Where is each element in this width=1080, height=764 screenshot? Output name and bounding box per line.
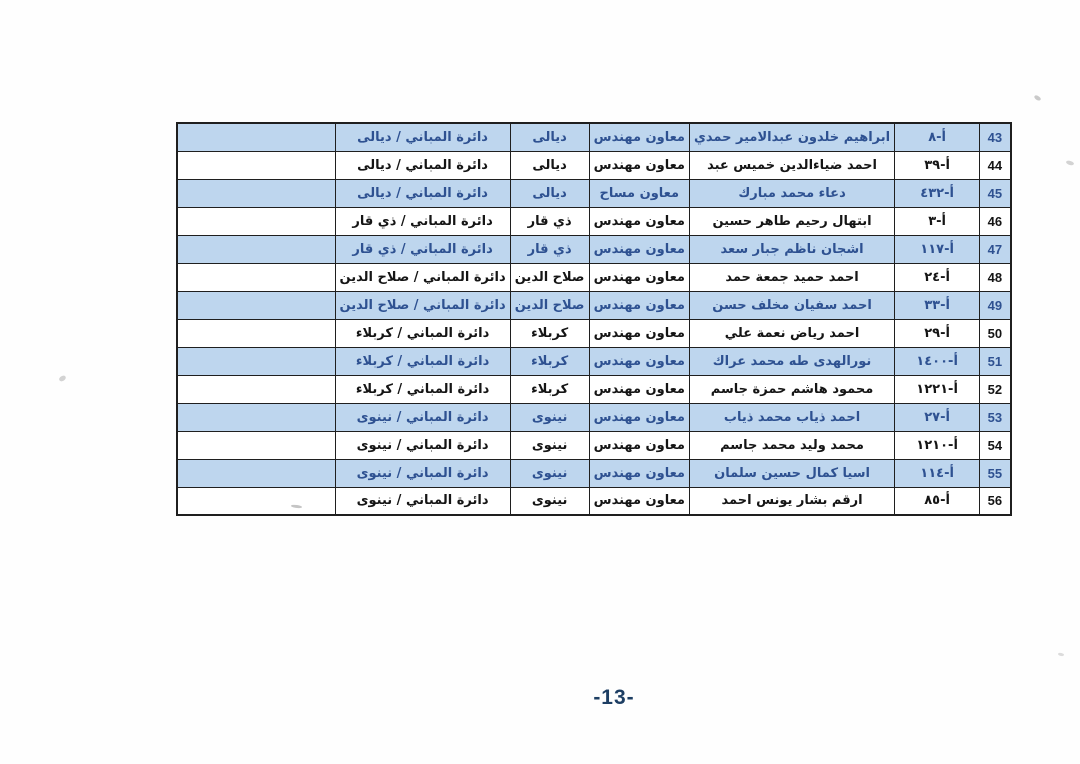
job-title-cell: معاون مهندس xyxy=(589,123,689,151)
employee-name-cell: ابتهال رحيم طاهر حسين xyxy=(689,207,894,235)
employee-code-cell: أ-٢٩ xyxy=(895,319,980,347)
blank-cell xyxy=(177,459,335,487)
blank-cell xyxy=(177,487,335,515)
employee-name-cell: ابراهيم خلدون عبدالامير حمدي xyxy=(689,123,894,151)
job-title-cell: معاون مهندس xyxy=(589,459,689,487)
department-cell: دائرة المباني / كربلاء xyxy=(335,319,510,347)
department-cell: دائرة المباني / نينوى xyxy=(335,487,510,515)
job-title-cell: معاون مهندس xyxy=(589,151,689,179)
employee-name-cell: اسيا كمال حسين سلمان xyxy=(689,459,894,487)
employee-name-cell: احمد ذياب محمد ذياب xyxy=(689,403,894,431)
blank-cell xyxy=(177,347,335,375)
row-number-cell: 55 xyxy=(980,459,1011,487)
governorate-cell: نينوى xyxy=(510,487,589,515)
table-row: 45أ-٤٣٢دعاء محمد مباركمعاون مساحديالىدائ… xyxy=(177,179,1011,207)
table-row: 54أ-١٢١٠محمد وليد محمد جاسممعاون مهندسني… xyxy=(177,431,1011,459)
governorate-cell: نينوى xyxy=(510,403,589,431)
scan-speck xyxy=(1066,160,1075,166)
row-number-cell: 44 xyxy=(980,151,1011,179)
department-cell: دائرة المباني / نينوى xyxy=(335,459,510,487)
row-number-cell: 49 xyxy=(980,291,1011,319)
employee-code-cell: أ-٢٤ xyxy=(895,263,980,291)
table-row: 47أ-١١٧اشجان ناظم جبار سعدمعاون مهندسذي … xyxy=(177,235,1011,263)
department-cell: دائرة المباني / ديالى xyxy=(335,123,510,151)
row-number-cell: 51 xyxy=(980,347,1011,375)
department-cell: دائرة المباني / كربلاء xyxy=(335,347,510,375)
department-cell: دائرة المباني / نينوى xyxy=(335,431,510,459)
employee-name-cell: اشجان ناظم جبار سعد xyxy=(689,235,894,263)
employee-name-cell: محمد وليد محمد جاسم xyxy=(689,431,894,459)
department-cell: دائرة المباني / ذي قار xyxy=(335,235,510,263)
governorate-cell: ديالى xyxy=(510,123,589,151)
blank-cell xyxy=(177,179,335,207)
job-title-cell: معاون مساح xyxy=(589,179,689,207)
department-cell: دائرة المباني / ديالى xyxy=(335,151,510,179)
governorate-cell: كربلاء xyxy=(510,347,589,375)
governorate-cell: ديالى xyxy=(510,151,589,179)
table-row: 48أ-٢٤احمد حميد جمعة حمدمعاون مهندسصلاح … xyxy=(177,263,1011,291)
blank-cell xyxy=(177,319,335,347)
department-cell: دائرة المباني / كربلاء xyxy=(335,375,510,403)
row-number-cell: 54 xyxy=(980,431,1011,459)
governorate-cell: نينوى xyxy=(510,431,589,459)
employee-code-cell: أ-٣٣ xyxy=(895,291,980,319)
job-title-cell: معاون مهندس xyxy=(589,291,689,319)
department-cell: دائرة المباني / نينوى xyxy=(335,403,510,431)
blank-cell xyxy=(177,235,335,263)
department-cell: دائرة المباني / صلاح الدين xyxy=(335,291,510,319)
job-title-cell: معاون مهندس xyxy=(589,375,689,403)
row-number-cell: 45 xyxy=(980,179,1011,207)
row-number-cell: 56 xyxy=(980,487,1011,515)
employee-code-cell: أ-١١٤ xyxy=(895,459,980,487)
table-row: 56أ-٨٥ارقم بشار يونس احمدمعاون مهندسنينو… xyxy=(177,487,1011,515)
scan-speck xyxy=(58,375,66,382)
employee-code-cell: أ-٨٥ xyxy=(895,487,980,515)
job-title-cell: معاون مهندس xyxy=(589,263,689,291)
table-row: 46أ-٣ابتهال رحيم طاهر حسينمعاون مهندسذي … xyxy=(177,207,1011,235)
department-cell: دائرة المباني / ديالى xyxy=(335,179,510,207)
table-row: 52أ-١٢٢١محمود هاشم حمزة جاسممعاون مهندسك… xyxy=(177,375,1011,403)
department-cell: دائرة المباني / صلاح الدين xyxy=(335,263,510,291)
table-row: 53أ-٢٧احمد ذياب محمد ذيابمعاون مهندسنينو… xyxy=(177,403,1011,431)
employee-name-cell: احمد ضياءالدين خميس عبد xyxy=(689,151,894,179)
job-title-cell: معاون مهندس xyxy=(589,403,689,431)
governorate-cell: ديالى xyxy=(510,179,589,207)
table-row: 51أ-١٤٠٠نورالهدى طه محمد عراكمعاون مهندس… xyxy=(177,347,1011,375)
blank-cell xyxy=(177,263,335,291)
governorate-cell: كربلاء xyxy=(510,319,589,347)
governorate-cell: صلاح الدين xyxy=(510,263,589,291)
job-title-cell: معاون مهندس xyxy=(589,235,689,263)
employee-roster-table: 43أ-٨ابراهيم خلدون عبدالامير حمديمعاون م… xyxy=(176,122,1012,516)
blank-cell xyxy=(177,151,335,179)
employee-code-cell: أ-٨ xyxy=(895,123,980,151)
table-row: 55أ-١١٤اسيا كمال حسين سلمانمعاون مهندسني… xyxy=(177,459,1011,487)
employee-name-cell: احمد سفيان مخلف حسن xyxy=(689,291,894,319)
job-title-cell: معاون مهندس xyxy=(589,207,689,235)
employee-code-cell: أ-١٤٠٠ xyxy=(895,347,980,375)
row-number-cell: 52 xyxy=(980,375,1011,403)
table-row: 44أ-٣٩احمد ضياءالدين خميس عبدمعاون مهندس… xyxy=(177,151,1011,179)
employee-code-cell: أ-٤٣٢ xyxy=(895,179,980,207)
row-number-cell: 50 xyxy=(980,319,1011,347)
blank-cell xyxy=(177,403,335,431)
job-title-cell: معاون مهندس xyxy=(589,319,689,347)
scan-speck xyxy=(1058,652,1065,656)
row-number-cell: 46 xyxy=(980,207,1011,235)
governorate-cell: كربلاء xyxy=(510,375,589,403)
governorate-cell: نينوى xyxy=(510,459,589,487)
blank-cell xyxy=(177,375,335,403)
employee-name-cell: ارقم بشار يونس احمد xyxy=(689,487,894,515)
job-title-cell: معاون مهندس xyxy=(589,487,689,515)
table-row: 50أ-٢٩احمد رياض نعمة عليمعاون مهندسكربلا… xyxy=(177,319,1011,347)
governorate-cell: ذي قار xyxy=(510,235,589,263)
table-row: 49أ-٣٣احمد سفيان مخلف حسنمعاون مهندسصلاح… xyxy=(177,291,1011,319)
row-number-cell: 43 xyxy=(980,123,1011,151)
document-page: 43أ-٨ابراهيم خلدون عبدالامير حمديمعاون م… xyxy=(0,0,1080,764)
blank-cell xyxy=(177,431,335,459)
page-number: -13- xyxy=(576,686,652,710)
governorate-cell: ذي قار xyxy=(510,207,589,235)
department-cell: دائرة المباني / ذي قار xyxy=(335,207,510,235)
employee-name-cell: محمود هاشم حمزة جاسم xyxy=(689,375,894,403)
blank-cell xyxy=(177,291,335,319)
blank-cell xyxy=(177,207,335,235)
scan-speck xyxy=(1033,94,1041,101)
row-number-cell: 48 xyxy=(980,263,1011,291)
row-number-cell: 47 xyxy=(980,235,1011,263)
employee-code-cell: أ-١١٧ xyxy=(895,235,980,263)
employee-name-cell: احمد حميد جمعة حمد xyxy=(689,263,894,291)
employee-code-cell: أ-٢٧ xyxy=(895,403,980,431)
employee-name-cell: دعاء محمد مبارك xyxy=(689,179,894,207)
row-number-cell: 53 xyxy=(980,403,1011,431)
job-title-cell: معاون مهندس xyxy=(589,431,689,459)
job-title-cell: معاون مهندس xyxy=(589,347,689,375)
table-row: 43أ-٨ابراهيم خلدون عبدالامير حمديمعاون م… xyxy=(177,123,1011,151)
blank-cell xyxy=(177,123,335,151)
governorate-cell: صلاح الدين xyxy=(510,291,589,319)
employee-code-cell: أ-٣ xyxy=(895,207,980,235)
employee-name-cell: نورالهدى طه محمد عراك xyxy=(689,347,894,375)
employee-code-cell: أ-١٢٢١ xyxy=(895,375,980,403)
employee-code-cell: أ-٣٩ xyxy=(895,151,980,179)
employee-code-cell: أ-١٢١٠ xyxy=(895,431,980,459)
employee-name-cell: احمد رياض نعمة علي xyxy=(689,319,894,347)
